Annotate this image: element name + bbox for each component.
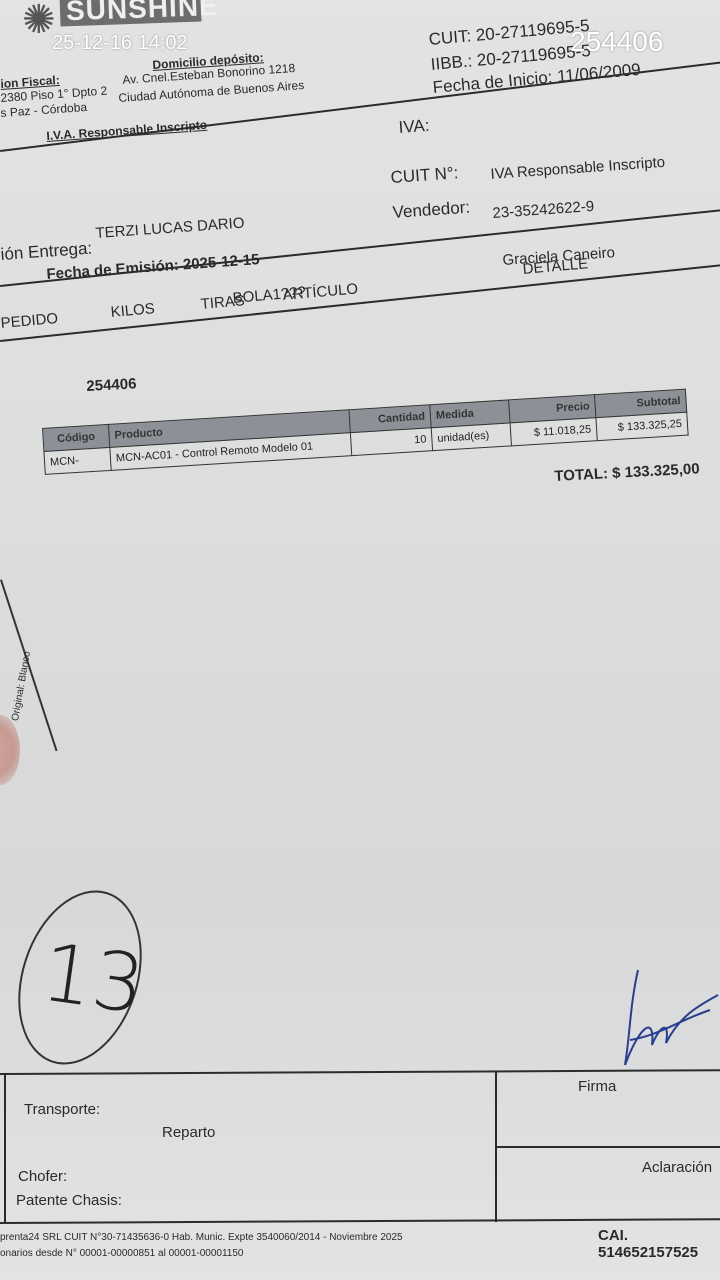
cell-precio: $ 11.018,25	[510, 418, 597, 446]
items-table-wrapper: Código Producto Cantidad Medida Precio S…	[42, 389, 689, 475]
iva-label: IVA:	[398, 116, 430, 138]
col-kilos: KILOS	[110, 300, 156, 321]
sun-logo-icon: ✺	[22, 0, 56, 40]
col-pedido: PEDIDO	[0, 310, 59, 332]
aclaracion-label: Aclaración	[642, 1159, 712, 1176]
order-number: 254406	[86, 375, 137, 395]
footer-left-border	[4, 1073, 6, 1223]
cell-medida: unidad(es)	[431, 423, 511, 451]
finger	[0, 715, 20, 785]
transporte-value: Reparto	[162, 1124, 215, 1141]
chofer-label: Chofer:	[18, 1168, 67, 1185]
handwritten-circled-number: 13	[0, 874, 163, 1080]
printer-info-line1: prenta24 SRL CUIT N°30-71435636-0 Hab. M…	[0, 1232, 403, 1243]
cell-subtotal: $ 133.325,25	[596, 412, 688, 441]
cell-codigo: MCN-	[44, 447, 111, 474]
cai-number: CAI. 514652157525	[598, 1227, 720, 1261]
signature-scribble	[600, 965, 720, 1075]
cuit-label: CUIT N°:	[390, 163, 459, 188]
order-total: TOTAL: $ 133.325,00	[554, 460, 700, 485]
delivery-note-document: ✺ SUNSHINE Domicilio depósito: ion Fisca…	[0, 0, 720, 1280]
firma-divider	[497, 1146, 720, 1148]
delivery-label: ión Entrega:	[0, 239, 93, 265]
patente-label: Patente Chasis:	[16, 1192, 122, 1209]
transporte-label: Transporte:	[24, 1101, 100, 1118]
photo-timestamp: 25-12-16 14:02	[52, 32, 188, 55]
vendedor-value: 23-35242622-9	[492, 198, 595, 222]
printer-info-line2: onarios desde N° 00001-00000851 al 00001…	[0, 1248, 243, 1259]
copy-type-note: Original: Blanco	[10, 650, 33, 721]
company-logo: SUNSHINE	[60, 0, 202, 26]
vendedor-label: Vendedor:	[392, 198, 471, 223]
cell-cantidad: 10	[350, 428, 432, 456]
delivery-client-name: TERZI LUCAS DARIO	[95, 215, 245, 242]
iva-condition: I.V.A. Responsable Inscripto	[46, 118, 208, 143]
photo-document-number: 254406	[570, 26, 663, 58]
firma-label: Firma	[578, 1078, 616, 1095]
cuit-value: IVA Responsable Inscripto	[490, 154, 666, 183]
items-table: Código Producto Cantidad Medida Precio S…	[42, 389, 689, 475]
footer-bottom-line	[0, 1218, 720, 1224]
